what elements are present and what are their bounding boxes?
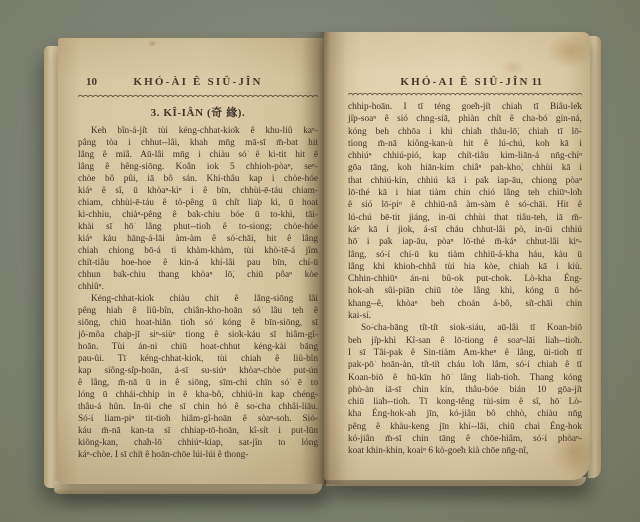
left-page-header: 10 KHÓ-ÀI Ê SIÛ-JÎN: [78, 76, 318, 88]
text-line: pâng tòa i chhut--lâi, khah mn̄g mā-sī m…: [78, 137, 318, 149]
text-line: kì-chhiu, chiàⁿ-pêng ê ba̍k-chiu bóe ū t…: [78, 209, 318, 221]
paragraph: Kéng-chhat-kio̍k chiàu chit ê lâng-siōng…: [78, 293, 318, 461]
text-line: chhun ba̍k-chiu thang khòaⁿ lō͘, chiū pô…: [78, 269, 318, 281]
text-line: So͘-cha-bāng ti̍t-ti̍t siok-siáu, aū-lâi…: [348, 322, 582, 334]
right-page-header: KHÓ-AI Ê SIÛ-JÎN 11: [348, 76, 582, 88]
text-line: lâng khì khioh-chhâ tùi hia kòe, chiah k…: [348, 261, 582, 273]
text-line: jô͘-môa cha̍p-jī siⁿ-siùⁿ tiong ê sio̍k-…: [78, 329, 318, 341]
text-line: ê lâng, m̄-nā ū in ê siōng, sīm-chì chīn…: [78, 377, 318, 389]
text-line: gōa tāng, koh hiān-kim chiâⁿ pah-kho͘, c…: [348, 162, 582, 174]
book-photo-background: 10 KHÓ-ÀI Ê SIÛ-JÎN 3. KÎ-IÂN (奇 緣). Keh…: [0, 0, 640, 522]
text-line: chiū lia̍h--tio̍h. Tī kong-têng tùi-sím …: [348, 396, 582, 408]
text-line: ji̍p-soaⁿ ê sió chng-siā, phiàn chi̍t ê …: [348, 113, 582, 125]
text-line: ê sió lō͘-piⁿ ê chhiū-nâ àm-sàm ê só͘-ch…: [348, 199, 582, 211]
text-line: chi̍t-tiâu hoe-hoe ê kin-á khí-lâi pau b…: [78, 257, 318, 269]
text-line: hoān. Tùi án-ni chiū hoat-chhut kéng-kài…: [78, 341, 318, 353]
text-line: siōng, chiū hoat-hiān tio̍h só͘ kóng ê b…: [78, 317, 318, 329]
text-line: koat khin-khin, koaiⁿ 6 kò-goe̍h kià chō…: [348, 445, 582, 457]
text-line: káⁿ kā i jiok, á-sī cháu chhut-lâi pò, i…: [348, 224, 582, 236]
running-header-right: KHÓ-AI Ê SIÛ-JÎN: [400, 76, 529, 88]
text-line: káⁿ-chòe. I sī chi̍t ê hoān-chōe lúi-lúi…: [78, 449, 318, 461]
wavy-divider: [78, 93, 318, 98]
text-line: chhip-hoān. I tī téng goe̍h-ji̍t chiah t…: [348, 101, 582, 113]
text-line: lō͘-thé kā i hiat tiàm chin chió lâng te…: [348, 187, 582, 199]
text-line: chhiúⁿ chhiú-pió, kap chi̍t-tiâu kim-liā…: [348, 150, 582, 162]
text-line: kap siông-si̍p-hoān, á-sī su-siúⁿ khòaⁿ-…: [78, 365, 318, 377]
text-line: that chhiú-kin, chhiú kā i pa̍k iap-āu, …: [348, 175, 582, 187]
text-line: beh ji̍p-khì Kî-san ê lō͘-tiong ê soaⁿ-l…: [348, 335, 582, 347]
paragraph: So͘-cha-bāng ti̍t-ti̍t siok-siáu, aū-lâi…: [348, 322, 582, 457]
text-line: lâng, só͘-í chí-ū ku tiàm chhiū-á-kha há…: [348, 249, 582, 261]
text-line: lú-chú bē-tit jiáng, in-ūi chhùi that ti…: [348, 212, 582, 224]
text-line: Chhin-chhiūⁿ án-ni bû-ok put-chok. Lò-kh…: [348, 273, 582, 285]
paragraph: Keh bîn-á-ji̍t tùi kéng-chhat-kio̍k ê kh…: [78, 125, 318, 293]
left-page-text: Keh bîn-á-ji̍t tùi kéng-chhat-kio̍k ê kh…: [78, 125, 318, 461]
wavy-divider: [348, 91, 582, 96]
text-line: chiam, chhùi-ē-táu ê tò-pêng ū chi̍t lia…: [78, 197, 318, 209]
text-line: káu m̄-nā kan-ta sī chhiap-tō-hoān, kî-s…: [78, 425, 318, 437]
text-line: Kéng-chhat-kio̍k chiàu chit ê lâng-siōng…: [78, 293, 318, 305]
text-line: lâng ê hêng-siōng. Koân iok 5 chhioh-pòa…: [78, 161, 318, 173]
text-line: chòe bô pûi, iā bô sán. Khí-thâu kap i c…: [78, 173, 318, 185]
text-line: hok-ah sûi-piān chiū tòe lâng khì, kóng …: [348, 285, 582, 297]
text-line: kiông-kan, cha̍h-lō͘ chhiúⁿ-kiap, sat-jî…: [78, 437, 318, 449]
left-page: 10 KHÓ-ÀI Ê SIÛ-JÎN 3. KÎ-IÂN (奇 緣). Keh…: [58, 38, 324, 484]
text-line: kai-sí.: [348, 310, 582, 322]
text-line: tiong m̄-nā kiông-kan-ù hit ê lú-chú, ko…: [348, 138, 582, 150]
text-line: kiáⁿ ê sî, ū khòaⁿ-kìⁿ i ê bīn, chhùi-ē-…: [78, 185, 318, 197]
text-line: I sī Tâi-pak ê Sin-tiàm Am-kheⁿ ê lâng, …: [348, 347, 582, 359]
text-line: pau-ûi. Tī kéng-chhat-kio̍k, tùi chiah ê…: [78, 353, 318, 365]
text-line: chhiûⁿ.: [78, 281, 318, 293]
page-number-right: 11: [532, 76, 542, 88]
right-page-text: chhip-hoān. I tī téng goe̍h-ji̍t chiah t…: [348, 101, 582, 458]
text-line: Keh bîn-á-ji̍t tùi kéng-chhat-kio̍k ê kh…: [78, 125, 318, 137]
text-line: kóng beh chhōa i khì chia̍h thâu-lō͘, ch…: [348, 126, 582, 138]
text-line: phò-àn iā-sī chin kín, thâu-bóe bián 10 …: [348, 384, 582, 396]
text-line: khang--ê, khòaⁿ beh choán á-bô, si̍t-chā…: [348, 298, 582, 310]
text-line: pêng hiah ê liû-bîn, chiân-kho-hoān só͘ …: [78, 305, 318, 317]
text-line: lâng ê miâ. Aū-lâi mn̄g i chiàu só͘ ê kì…: [78, 149, 318, 161]
text-line: pak-pō͘ hoān-àn, ti̍t-ti̍t cháu lo̍h lâm…: [348, 359, 582, 371]
section-heading: 3. KÎ-IÂN (奇 緣).: [78, 104, 318, 120]
text-line: Koan-biō ê hū-kīn hō͘ lâng lia̍h-tio̍h. …: [348, 372, 582, 384]
text-line: khài sī hō͘ lâng phut--tio̍h ê to-siong;…: [78, 221, 318, 233]
paragraph: chhip-hoān. I tī téng goe̍h-ji̍t chiah t…: [348, 101, 582, 322]
text-line: kiáⁿ kàu hāng-á-lāi àm-àm ê só͘-chāi, hi…: [78, 233, 318, 245]
text-line: pêng ê khàu-keng jīn khí--lâi, chiū chai…: [348, 421, 582, 433]
right-page: KHÓ-AI Ê SIÛ-JÎN 11 chhip-hoān. I tī tén…: [324, 32, 590, 480]
page-number-left: 10: [86, 76, 97, 88]
text-line: Só͘-í liam-piⁿ tit-tio̍h hiâm-gî-hoān ê …: [78, 413, 318, 425]
text-line: chiah chiong bō-á tì khàm-khàm, tùi khò͘…: [78, 245, 318, 257]
text-line: lóng ū chhái-chhip in ê kha-bô͘, chhiú-ì…: [78, 389, 318, 401]
text-line: kha Éng-hok-ah jīn, kó-jiân bô chhò, chi…: [348, 408, 582, 420]
text-line: kó-jiân m̄-sī chin tāng ê chōe-hiâm, só͘…: [348, 433, 582, 445]
text-line: thâu-á hûn. In-ūi che sī chin hó ê so͘-c…: [78, 401, 318, 413]
running-header-left: KHÓ-ÀI Ê SIÛ-JÎN: [133, 76, 262, 88]
text-line: hō͘ i pa̍k iap-āu, pòaⁿ lō͘-thé m̄-káⁿ c…: [348, 236, 582, 248]
